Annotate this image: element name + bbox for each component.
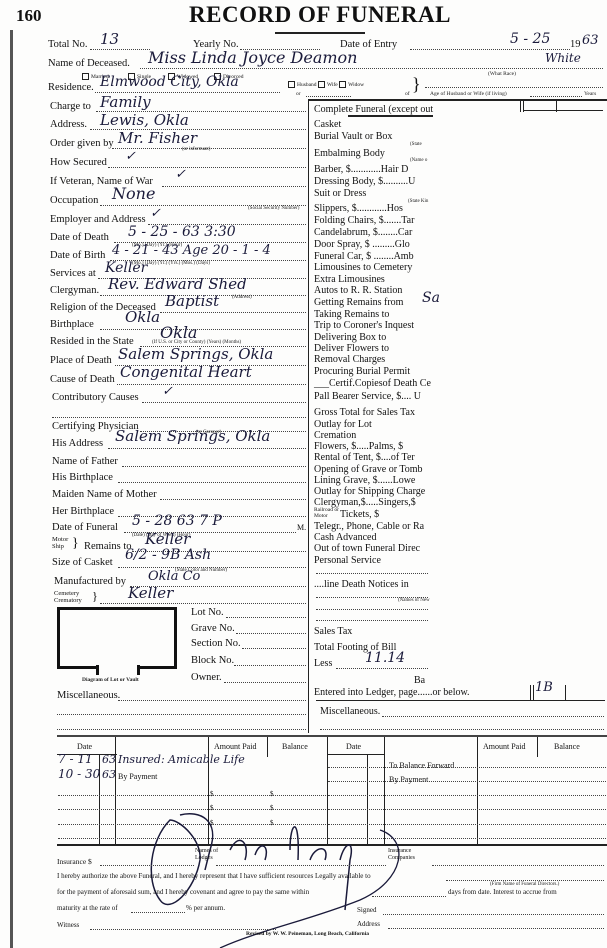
ledger-left-line3 xyxy=(58,795,326,796)
name-line xyxy=(140,68,603,69)
ledger-right-date-header: Date xyxy=(346,742,361,751)
charge-embalming: Embalming Body xyxy=(314,148,385,159)
lodges-label: Names of Lodges xyxy=(195,848,227,862)
date-of-death-value: 5 - 25 - 63 3:30 xyxy=(128,226,236,239)
firm-caption: (Firm Name of Funeral Directors.) xyxy=(490,882,559,887)
spouse-age-caption: Age of Husband or Wife (if living) xyxy=(430,91,507,97)
witness-line[interactable] xyxy=(90,929,276,930)
misc-right-line2 xyxy=(320,729,604,730)
charge-flowers-palms: Flowers, $.....Palms, $ xyxy=(314,441,403,452)
section-no-label: Section No. xyxy=(191,638,241,650)
remains-brace: } xyxy=(72,538,79,550)
cause-of-death-label: Cause of Death xyxy=(50,374,115,386)
order-given-by-label: Order given by xyxy=(50,138,114,150)
order-given-by-value: Mr. Fisher xyxy=(118,132,197,145)
manufactured-by-value: Okla Co xyxy=(148,570,200,583)
contributory-causes-label: Contributory Causes xyxy=(52,392,139,404)
charge-suit-or-dress: Suit or Dress xyxy=(314,188,366,199)
date-of-death-label: Date of Death xyxy=(50,232,109,244)
charge-telegr-phone: Telegr., Phone, Cable or Ra xyxy=(314,521,424,532)
lot-diagram-box xyxy=(57,607,177,669)
race-value: White xyxy=(545,52,581,65)
his-address-line xyxy=(108,448,306,449)
dollar-1: $ xyxy=(210,788,214,800)
ledger-row1-year: 63 xyxy=(102,753,116,766)
owner-label: Owner. xyxy=(191,672,222,684)
clergyman-caption: (Address) xyxy=(232,295,252,300)
charge-autos-rr-station: Autos to R. R. Station xyxy=(314,285,402,296)
cemetery-line xyxy=(100,603,306,604)
date-of-entry-value: 5 - 25 xyxy=(510,33,550,46)
years-caption: Years xyxy=(584,91,596,97)
clergyman-label: Clergyman. xyxy=(50,285,99,297)
charge-getting-remains: Getting Remains from xyxy=(314,297,403,308)
charge-taking-remains: Taking Remains to xyxy=(314,309,389,320)
ledger-right-date-rule xyxy=(327,754,384,755)
amount-col-tick1 xyxy=(520,100,521,112)
lodges-line xyxy=(216,865,386,866)
charge-casket: Casket xyxy=(314,119,341,130)
grave-no-label: Grave No. xyxy=(191,623,235,635)
cemetery-label: Cemetery xyxy=(54,590,79,597)
manufactured-by-label: Manufactured by xyxy=(54,576,126,588)
charge-cash-advanced: Cash Advanced xyxy=(314,532,377,543)
birthplace-label: Birthplace xyxy=(50,319,94,331)
firm-line xyxy=(446,880,604,881)
cause-of-death-value: Congenital Heart xyxy=(120,366,252,379)
less-value: 11.14 xyxy=(365,652,405,665)
spouse-brace: } xyxy=(412,78,421,90)
size-of-casket-label: Size of Casket xyxy=(52,557,113,569)
title-underline xyxy=(275,32,365,34)
diagram-leg-left xyxy=(96,665,99,675)
ledger-row2-desc: By Payment xyxy=(118,771,157,783)
charge-gross-total-sales-tax: Gross Total for Sales Tax xyxy=(314,407,415,418)
complete-funeral-header: Complete Funeral (except out xyxy=(314,104,433,115)
vault-caption: (State xyxy=(410,142,422,147)
charge-lining-grave: Lining Grave, $......Lowe xyxy=(314,475,415,486)
date-of-birth-value: 4 - 21 - 43 Age 20 - 1 - 4 xyxy=(112,244,271,257)
year-prefix: 19 xyxy=(570,39,581,51)
wife-checkbox[interactable] xyxy=(318,81,325,88)
birthplace-line xyxy=(100,329,306,330)
ledger-page-value: 1B xyxy=(535,681,553,694)
total-no-value: 13 xyxy=(100,33,119,46)
how-secured-line xyxy=(108,167,306,168)
residence-label: Residence. xyxy=(48,82,94,94)
veteran-value: ✓ xyxy=(175,168,186,181)
ledger-tick1 xyxy=(530,685,531,700)
lot-no-label: Lot No. xyxy=(191,607,224,619)
charge-burial-vault: Burial Vault or Box xyxy=(314,131,392,142)
ledger-right-amount-header: Amount Paid xyxy=(483,742,525,751)
charge-blank-line1 xyxy=(316,573,428,574)
religion-value: Baptist xyxy=(165,295,219,308)
residence-value: Elmwood City, Okla xyxy=(100,76,239,89)
railroad-motor-label: Railroad or Motor xyxy=(314,507,342,519)
his-address-label: His Address xyxy=(52,438,103,450)
getting-remains-value: Sa xyxy=(422,292,440,305)
ledger-right-line2 xyxy=(328,781,606,782)
contributory-extra-line xyxy=(52,417,306,418)
her-birthplace-label: Her Birthplace xyxy=(52,506,114,518)
resided-value: Okla xyxy=(160,326,197,339)
his-birthplace-line xyxy=(118,482,306,483)
charge-opening-grave: Opening of Grave or Tomb xyxy=(314,464,423,475)
diagram-leg-right xyxy=(137,665,140,675)
charge-pall-bearer: Pall Bearer Service, $.... U xyxy=(314,391,421,402)
services-at-value: Keller xyxy=(105,262,147,275)
charge-cremation: Cremation xyxy=(314,430,356,441)
charge-blank-line3 xyxy=(316,609,428,610)
charges-divider xyxy=(308,99,309,733)
witness-label: Witness xyxy=(57,921,79,929)
ledger-row1-desc: Insured: Amicable Life xyxy=(118,753,245,766)
ledger-right-balance-header: Balance xyxy=(554,742,580,751)
charge-delivering-box: Delivering Box to xyxy=(314,332,386,343)
page-title: RECORD OF FUNERAL xyxy=(160,2,480,28)
year-value: 63 xyxy=(582,34,599,47)
misc-left-line1 xyxy=(118,700,306,701)
ledger-entry-rule xyxy=(316,700,605,701)
days-text: days from date. Interest to accrue from xyxy=(448,888,557,896)
block-no-label: Block No. xyxy=(191,655,234,667)
address-label: Address. xyxy=(50,119,87,131)
charge-death-notices: ....line Death Notices in xyxy=(314,579,409,590)
amount-col-rule xyxy=(523,110,603,111)
ledger-tick2 xyxy=(533,685,534,700)
embalming-caption: (Name o xyxy=(410,158,427,163)
husband-checkbox[interactable] xyxy=(288,81,295,88)
maiden-name-label: Maiden Name of Mother xyxy=(52,489,157,501)
charge-extra-limousines: Extra Limousines xyxy=(314,274,385,285)
interest-rate-line xyxy=(131,912,185,913)
misc-left-line2 xyxy=(57,714,306,715)
date-of-funeral-label: Date of Funeral xyxy=(52,522,118,534)
misc-right-line1 xyxy=(382,716,604,717)
charge-limousines-cemetery: Limousines to Cemetery xyxy=(314,262,412,273)
ledger-entry-label: Entered into Ledger, page......or below. xyxy=(314,687,470,698)
address-value: Lewis, Okla xyxy=(100,114,189,127)
revised-by-credit: Revised by W. W. Peineman, Long Beach, C… xyxy=(246,931,369,937)
motor-ship-label: Motor Ship xyxy=(52,536,72,550)
ledger-left-amount-header: Amount Paid xyxy=(214,742,256,751)
misc-right-label: Miscellaneous. xyxy=(320,706,380,717)
name-of-father-line xyxy=(122,466,306,467)
charge-shipping: Outlay for Shipping Charge xyxy=(314,486,425,497)
complete-funeral-underline xyxy=(348,115,433,117)
balance-forward-label: To Balance Forward xyxy=(389,760,454,772)
veteran-line xyxy=(162,186,306,187)
grave-no-line xyxy=(236,633,306,634)
companies-label: Insurance Companies xyxy=(388,848,426,862)
date-of-funeral-value: 5 - 28 63 7 P xyxy=(132,515,222,528)
name-of-father-label: Name of Father xyxy=(52,456,118,468)
ledger-top-rule xyxy=(57,735,607,737)
diagram-opening xyxy=(97,665,138,675)
signed-line[interactable] xyxy=(383,914,604,915)
charge-door-spray: Door Spray, $ .........Glo xyxy=(314,239,410,250)
contributory-causes-value: ✓ xyxy=(162,385,173,398)
charge-coroner-inquest: Trip to Coroner's Inquest xyxy=(314,320,414,331)
ledger-right-col2 xyxy=(477,737,478,845)
charge-barber: Barber, $............Hair D xyxy=(314,164,408,175)
charge-personal-service: Personal Service xyxy=(314,555,381,566)
charge-slippers: Slippers, $............Hos xyxy=(314,203,403,214)
owner-line xyxy=(224,682,306,683)
date-of-birth-label: Date of Birth xyxy=(50,250,105,262)
spouse-options: Husband Wife Widow xyxy=(288,79,364,91)
total-no-field: Total No. xyxy=(48,39,88,51)
ledger-right-col3 xyxy=(537,737,538,757)
charge-funeral-car: Funeral Car, $ ........Amb xyxy=(314,251,414,262)
services-at-label: Services at xyxy=(50,268,96,280)
cemetery-value: Keller xyxy=(128,587,173,600)
total-no-line xyxy=(90,49,150,50)
spouse-or: or xyxy=(296,91,301,97)
ledger-left-balance-header: Balance xyxy=(282,742,308,751)
charge-folding-chairs: Folding Chairs, $.......Tar xyxy=(314,215,414,226)
ledger-tick3 xyxy=(565,685,566,700)
his-address-value: Salem Springs, Okla xyxy=(115,430,270,443)
birthplace-value: Okla xyxy=(125,311,160,324)
spouse-line xyxy=(425,87,603,88)
spouse-age-line xyxy=(530,96,582,97)
charge-tickets: Tickets, $ xyxy=(340,509,379,520)
religion-line xyxy=(160,312,306,313)
married-checkbox[interactable] xyxy=(82,73,89,80)
less-line xyxy=(336,668,428,669)
ledger-left-col3 xyxy=(267,737,268,757)
charge-deliver-flowers: Deliver Flowers to xyxy=(314,343,389,354)
charge-candelabrum: Candelabrum, $........Car xyxy=(314,227,412,238)
diagram-caption: Diagram of Lot or Vault xyxy=(82,677,139,683)
by-payment-label: By Payment xyxy=(389,774,428,786)
occupation-value: None xyxy=(112,187,155,200)
ledger-row2-date: 10 - 30 xyxy=(58,768,100,781)
binding-edge xyxy=(10,30,13,948)
funeral-record-page: 160 RECORD OF FUNERAL Total No. 13 Yearl… xyxy=(0,0,607,948)
spouse-or-line xyxy=(306,96,351,97)
ledger-right-line3 xyxy=(328,795,606,796)
his-birthplace-label: His Birthplace xyxy=(52,472,113,484)
charge-out-of-town-director: Out of town Funeral Direc xyxy=(314,543,420,554)
signed-label: Signed xyxy=(357,906,376,914)
order-given-by-caption: (or informant) xyxy=(182,147,210,152)
newspaper-caption: (Names of New xyxy=(398,598,430,603)
date-of-entry-line xyxy=(410,49,570,50)
race-caption: (What Race) xyxy=(488,71,516,77)
lot-no-line xyxy=(226,617,306,618)
crematory-label: Crematory xyxy=(54,597,82,604)
cause-of-death-line xyxy=(117,384,306,385)
employer-value: ✓ xyxy=(150,207,161,220)
authorize-text: I hereby authorize the above Funeral, an… xyxy=(57,872,371,880)
ssn-caption: (Social Security Number) xyxy=(248,206,299,211)
ledger-row1-date: 7 - 11 xyxy=(58,753,93,766)
insurance-line xyxy=(100,865,194,866)
charge-balance: Ba xyxy=(414,675,425,686)
page-number: 160 xyxy=(16,6,42,26)
occupation-label: Occupation xyxy=(50,195,98,207)
funeral-meridiem: M. xyxy=(297,522,306,534)
payment-text: for the payment of aforesaid sum, and I … xyxy=(57,888,309,896)
address-line-footer[interactable] xyxy=(388,928,604,929)
charge-blank-line4 xyxy=(316,620,428,621)
companies-line xyxy=(432,865,604,866)
charge-rental-tent: Rental of Tent, $....of Ter xyxy=(314,452,415,463)
charge-dressing-body: Dressing Body, $..........U xyxy=(314,176,415,187)
suit-caption: (State Kin xyxy=(408,199,428,204)
section-no-line xyxy=(242,648,306,649)
cemetery-brace: } xyxy=(92,590,98,602)
ledger-right-line1 xyxy=(328,767,606,768)
size-of-casket-value: 6/2 - 9B Ash xyxy=(125,549,211,562)
misc-left-label: Miscellaneous. xyxy=(57,690,120,702)
contributory-causes-line xyxy=(142,402,306,403)
charge-sales-tax: Sales Tax xyxy=(314,626,352,637)
name-of-deceased-label: Name of Deceased. xyxy=(48,58,130,70)
maiden-name-line xyxy=(160,499,306,500)
charge-to-label: Charge to xyxy=(50,101,91,113)
how-secured-value: ✓ xyxy=(125,150,136,163)
how-secured-label: How Secured xyxy=(50,157,107,169)
percent-text: % per annum. xyxy=(186,904,225,912)
charge-burial-permit: Procuring Burial Permit xyxy=(314,366,410,377)
insurance-label: Insurance $ xyxy=(57,857,92,866)
charge-removal: Removal Charges xyxy=(314,354,385,365)
widow-checkbox[interactable] xyxy=(339,81,346,88)
misc-left-line3 xyxy=(57,729,306,730)
charge-outlay-lot: Outlay for Lot xyxy=(314,419,372,430)
block-no-line xyxy=(234,665,306,666)
dollar-2: $ xyxy=(270,788,274,800)
spouse-of: of xyxy=(405,91,410,97)
charge-to-value: Family xyxy=(100,96,151,109)
charge-less: Less xyxy=(314,658,332,669)
days-line xyxy=(372,896,446,897)
clergyman-value: Rev. Edward Shed xyxy=(108,278,247,291)
remains-to-value: Keller xyxy=(145,533,190,546)
maturity-text: maturity at the rate of xyxy=(57,904,118,912)
charges-top-left-rule xyxy=(308,99,488,100)
ledger-left-date-header: Date xyxy=(77,742,92,751)
place-of-death-value: Salem Springs, Okla xyxy=(118,348,273,361)
charge-death-cert-copies: ___Certif.Copiesof Death Ce xyxy=(314,378,431,389)
deceased-name-value: Miss Linda Joyce Deamon xyxy=(148,51,357,64)
address-label-footer: Address xyxy=(357,920,380,928)
ledger-row2-year: 63 xyxy=(102,768,116,781)
place-of-death-label: Place of Death xyxy=(50,355,112,367)
